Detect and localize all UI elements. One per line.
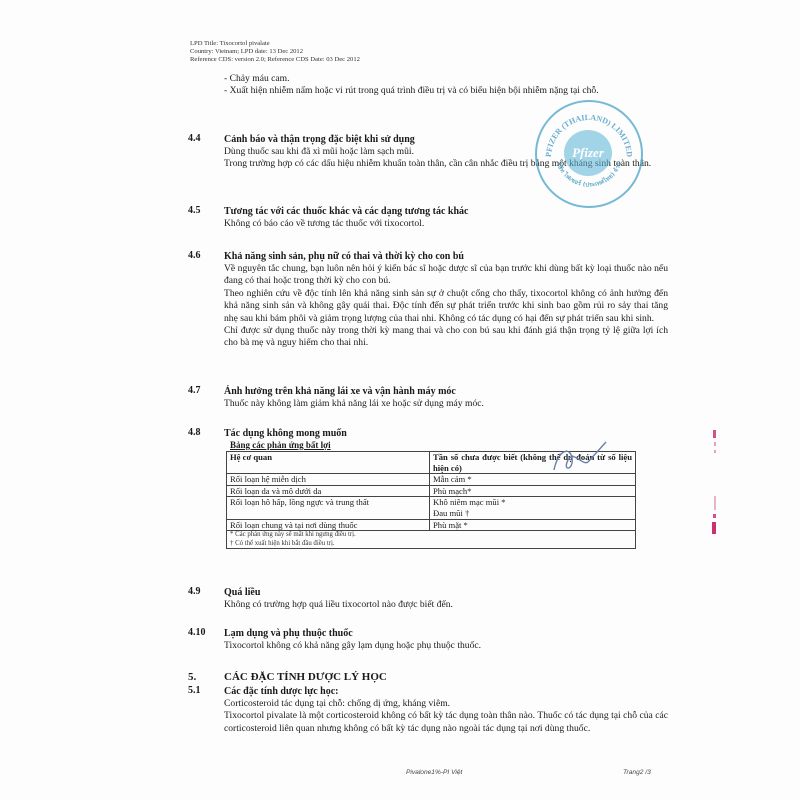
effect-cell: Khô niêm mạc mũi * Đau mũi † [430,497,636,519]
signature-mark [548,440,608,480]
effect-cell: Phù mạch* [430,485,636,497]
table-row: Rối loạn chung và tại nơi dùng thuốc Phù… [227,519,636,531]
section-4-9: 4.9 Quá liều Không có trường hợp quá liề… [188,586,668,611]
section-number: 4.7 [188,385,201,396]
table-footnotes: * Các phản ứng này sẽ mất khi ngưng điều… [227,531,636,549]
section-number: 4.6 [188,250,201,261]
section-number: 4.5 [188,205,201,216]
footnote: † Có thể xuất hiện khi bắt đầu điều trị. [230,540,632,549]
section-title: Ảnh hưởng trên khả năng lái xe và vận hà… [224,385,668,398]
paragraph: Theo nghiên cứu về độc tính lên khả năng… [224,288,668,325]
section-number: 4.9 [188,586,201,597]
pfizer-logo: Pfizer [567,145,609,161]
organ-cell: Rối loạn hô hấp, lồng ngực và trung thất [227,497,430,519]
document-page: LPD Title: Tixocortol pivalate Country: … [0,0,800,800]
effect-cell: Phù mặt * [430,519,636,531]
table-footnotes-row: * Các phản ứng này sẽ mất khi ngưng điều… [227,531,636,549]
section-number: 5. [188,671,196,683]
footer-document-name: Pivalone1%-PI Việt [406,769,462,776]
bullet-line: - Chảy máu cam. [224,73,668,85]
section-4-7: 4.7 Ảnh hưởng trên khả năng lái xe và vậ… [188,385,668,410]
section-4-5: 4.5 Tương tác với các thuốc khác và các … [188,205,668,230]
paragraph: Không có trường hợp quá liều tixocortol … [224,599,668,611]
table-caption: Bảng các phản ứng bất lợi [230,440,331,450]
organ-cell: Rối loạn chung và tại nơi dùng thuốc [227,519,430,531]
section-4-10: 4.10 Lạm dụng và phụ thuộc thuốc Tixocor… [188,627,668,652]
section-number: 4.8 [188,427,201,438]
footnote: * Các phản ứng này sẽ mất khi ngưng điều… [230,531,632,540]
table-header-organ: Hệ cơ quan [227,452,430,474]
paragraph: Về nguyên tắc chung, bạn luôn nên hỏi ý … [224,263,668,288]
section-title: Quá liều [224,586,668,599]
header-line: LPD Title: Tixocortol pivalate [190,40,360,48]
paragraph: Không có báo cáo về tương tác thuốc với … [224,218,668,230]
effect-item: Đau mũi † [433,508,632,519]
paragraph: Thuốc này không làm giảm khả năng lái xe… [224,398,668,410]
paragraph: Chỉ được sử dụng thuốc này trong thời kỳ… [224,325,668,350]
section-5-1: 5.1 Các đặc tính dược lực học: Corticost… [188,685,668,735]
effect-item: Khô niêm mạc mũi * [433,497,632,508]
section-title: Lạm dụng và phụ thuộc thuốc [224,627,668,640]
section-number: 5.1 [188,685,201,696]
footer-page-number: Trang2 /3 [623,769,651,776]
table-row: Rối loạn hô hấp, lồng ngực và trung thất… [227,497,636,519]
organ-cell: Rối loạn hệ miễn dịch [227,474,430,486]
section-number: 4.10 [188,627,206,638]
bullet-line: - Xuất hiện nhiễm nấm hoặc vi rút trong … [224,85,668,97]
company-stamp: PFIZER (THAILAND) LIMITED บริษัท ไฟเซอร์… [535,100,643,208]
section-4-8: 4.8 Tác dụng không mong muốn [188,427,668,440]
section-title: Tương tác với các thuốc khác và các dạng… [224,205,668,218]
organ-cell: Rối loạn da và mô dưới da [227,485,430,497]
header-line: Reference CDS: version 2.0; Reference CD… [190,56,360,64]
section-title: Khả năng sinh sản, phụ nữ có thai và thờ… [224,250,668,263]
paragraph: Tixocortol không có khả năng gây lạm dụn… [224,640,668,652]
continuation-text: - Chảy máu cam. - Xuất hiện nhiễm nấm ho… [224,73,668,98]
section-5: 5. CÁC ĐẶC TÍNH DƯỢC LÝ HỌC [188,671,668,684]
section-number: 4.4 [188,133,201,144]
section-title: Các đặc tính dược lực học: [224,685,668,698]
header-line: Country: Vietnam; LPD date: 13 Dec 2012 [190,48,360,56]
paragraph: Corticosteroid tác dụng tại chỗ: chống d… [224,698,668,710]
section-4-6: 4.6 Khả năng sinh sản, phụ nữ có thai và… [188,250,668,350]
section-title: CÁC ĐẶC TÍNH DƯỢC LÝ HỌC [224,671,668,684]
document-header: LPD Title: Tixocortol pivalate Country: … [190,40,360,65]
paragraph: Tixocortol pivalate là một corticosteroi… [224,710,668,735]
margin-annotation-marks [708,428,722,538]
table-row: Rối loạn da và mô dưới da Phù mạch* [227,485,636,497]
section-title: Tác dụng không mong muốn [224,427,668,440]
